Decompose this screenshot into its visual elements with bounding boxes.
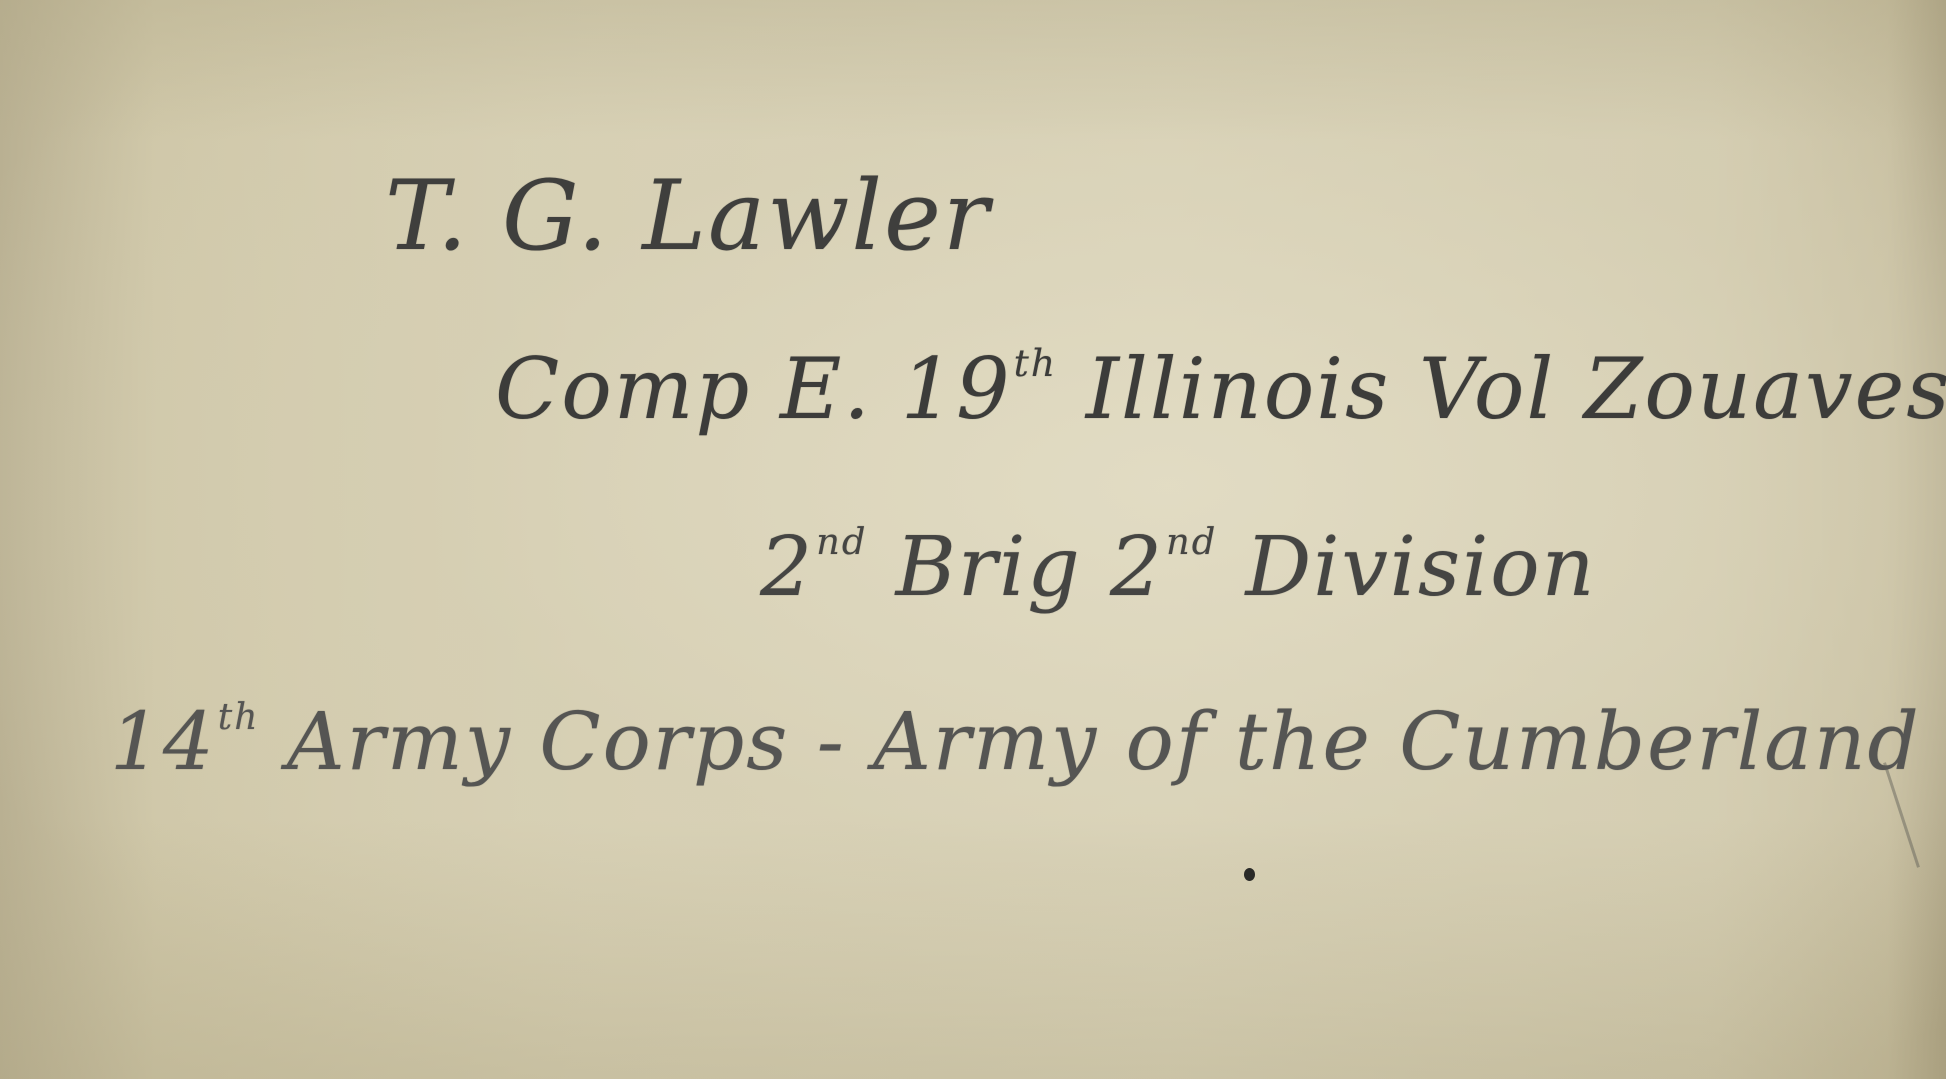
brigade-number: 2 — [760, 520, 814, 615]
brigade-division-line: 2nd Brig 2nd Division — [760, 520, 1596, 615]
paper-shadow-bottom — [0, 819, 1946, 1079]
regiment-text: Illinois Vol Zouaves — [1057, 340, 1946, 438]
paper-shadow-top — [0, 0, 1946, 140]
brigade-text: Brig 2 — [868, 520, 1164, 615]
signature-name: T. G. Lawler — [385, 160, 991, 272]
ordinal-suffix: nd — [1166, 520, 1217, 563]
ordinal-suffix: th — [218, 697, 260, 738]
company-text: Comp E. 19 — [495, 340, 1012, 438]
ink-dot-mark — [1244, 868, 1255, 881]
signature-text: T. G. Lawler — [385, 160, 991, 272]
ordinal-suffix: th — [1014, 341, 1058, 385]
company-regiment-line: Comp E. 19th Illinois Vol Zouaves — [495, 340, 1946, 438]
corps-army-line: 14th Army Corps - Army of the Cumberland — [110, 695, 1921, 788]
corps-army-text: Army Corps - Army of the Cumberland — [259, 695, 1920, 788]
division-text: Division — [1217, 520, 1596, 615]
corps-number: 14 — [110, 695, 216, 788]
ordinal-suffix: nd — [816, 520, 867, 563]
paper-page: T. G. Lawler Comp E. 19th Illinois Vol Z… — [0, 0, 1946, 1079]
